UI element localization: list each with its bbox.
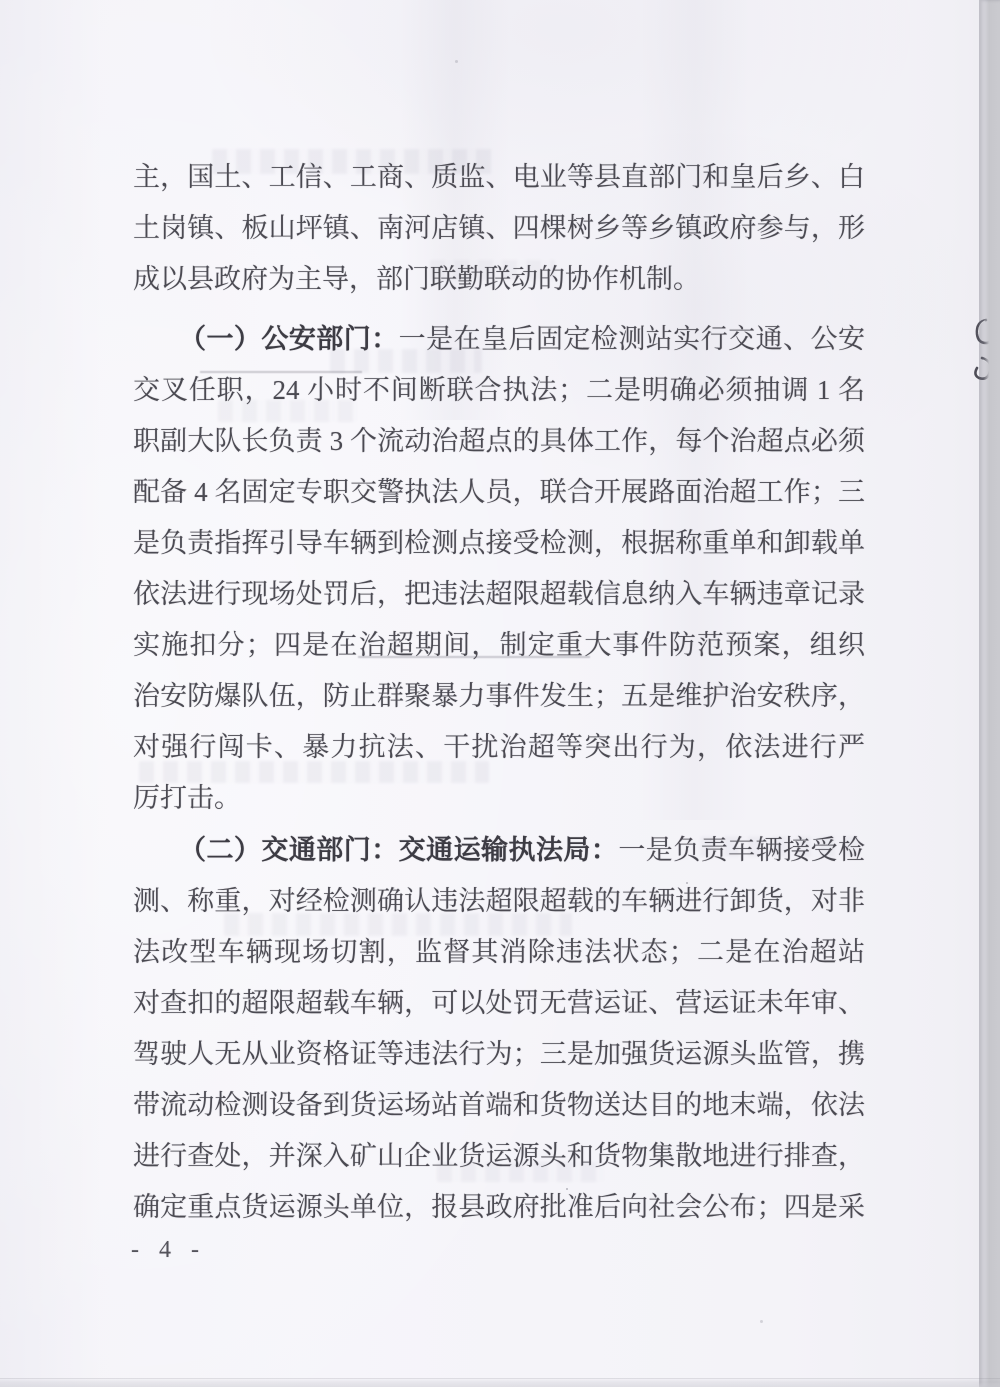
body-text: 对查扣的超限超载车辆，可以处罚无营运证、营运证未年审、 xyxy=(133,988,865,1018)
scanned-page: 主，国土、工信、工商、质监、电业等县直部门和皇后乡、白土岗镇、板山坪镇、南河店镇… xyxy=(0,0,1000,1387)
body-text: 成以县政府为主导，部门联勤联动的协作机制。 xyxy=(133,264,700,294)
body-text: 土岗镇、板山坪镇、南河店镇、四棵树乡等乡镇政府参与，形 xyxy=(133,213,865,243)
text-line: 驾驶人无从业资格证等违法行为；三是加强货运源头监管，携 xyxy=(133,1029,865,1080)
body-text: 配备 4 名固定专职交警执法人员，联合开展路面治超工作；三 xyxy=(133,477,865,507)
text-line: 测、称重，对经检测确认违法超限超载的车辆进行卸货，对非 xyxy=(133,876,865,927)
body-text: 治安防爆队伍，防止群聚暴力事件发生；五是维护治安秩序， xyxy=(133,681,865,711)
text-line: 是负责指挥引导车辆到检测点接受检测，根据称重单和卸载单 xyxy=(133,518,865,569)
section-heading: （一）公安部门： xyxy=(179,324,399,354)
text-line: 带流动检测设备到货运场站首端和货物送达目的地末端，依法 xyxy=(133,1080,865,1131)
body-text: 一是在皇后固定检测站实行交通、公安 xyxy=(399,324,865,354)
text-line: 进行查处，并深入矿山企业货运源头和货物集散地进行排查， xyxy=(133,1131,865,1182)
body-text: 职副大队长负责 3 个流动治超点的具体工作，每个治超点必须 xyxy=(133,426,865,456)
text-line: 对强行闯卡、暴力抗法、干扰治超等突出行为，依法进行严 xyxy=(133,722,865,773)
section-heading: （二）交通部门：交通运输执法局： xyxy=(179,835,618,865)
text-line: 配备 4 名固定专职交警执法人员，联合开展路面治超工作；三 xyxy=(133,467,865,518)
page-bottom-shadow xyxy=(0,1378,1000,1387)
text-line: （二）交通部门：交通运输执法局：一是负责车辆接受检 xyxy=(133,825,865,876)
text-line: 对查扣的超限超载车辆，可以处罚无营运证、营运证未年审、 xyxy=(133,978,865,1029)
text-line: 职副大队长负责 3 个流动治超点的具体工作，每个治超点必须 xyxy=(133,416,865,467)
body-text: 对强行闯卡、暴力抗法、干扰治超等突出行为，依法进行严 xyxy=(133,732,865,762)
body-text: 一是负责车辆接受检 xyxy=(618,835,865,865)
body-text: 进行查处，并深入矿山企业货运源头和货物集散地进行排查， xyxy=(133,1141,865,1171)
body-text: 法改型车辆现场切割，监督其消除违法状态；二是在治超站点， xyxy=(133,937,865,978)
paragraph: （一）公安部门：一是在皇后固定检测站实行交通、公安交叉任职，24 小时不间断联合… xyxy=(133,314,865,824)
text-line: （一）公安部门：一是在皇后固定检测站实行交通、公安 xyxy=(133,314,865,365)
document-body: 主，国土、工信、工商、质监、电业等县直部门和皇后乡、白土岗镇、板山坪镇、南河店镇… xyxy=(133,0,865,1387)
body-text: 确定重点货运源头单位，报县政府批准后向社会公布；四是采 xyxy=(133,1192,865,1222)
text-line: 依法进行现场处罚后，把违法超限超载信息纳入车辆违章记录 xyxy=(133,569,865,620)
page-edge-shadow xyxy=(979,0,1000,1387)
paragraph: （二）交通部门：交通运输执法局：一是负责车辆接受检测、称重，对经检测确认违法超限… xyxy=(133,825,865,1233)
body-text: 驾驶人无从业资格证等违法行为；三是加强货运源头监管，携 xyxy=(133,1039,865,1069)
body-text: 厉打击。 xyxy=(133,783,241,813)
body-text: 主，国土、工信、工商、质监、电业等县直部门和皇后乡、白 xyxy=(133,162,865,192)
text-line: 土岗镇、板山坪镇、南河店镇、四棵树乡等乡镇政府参与，形 xyxy=(133,203,865,254)
text-line: 交叉任职，24 小时不间断联合执法；二是明确必须抽调 1 名专 xyxy=(133,365,865,416)
body-text: 交叉任职，24 小时不间断联合执法；二是明确必须抽调 1 名专 xyxy=(133,375,865,416)
text-line: 厉打击。 xyxy=(133,773,865,824)
text-line: 治安防爆队伍，防止群聚暴力事件发生；五是维护治安秩序， xyxy=(133,671,865,722)
body-text: 带流动检测设备到货运场站首端和货物送达目的地末端，依法 xyxy=(133,1090,865,1120)
page-number: - 4 - xyxy=(131,1237,206,1264)
text-line: 确定重点货运源头单位，报县政府批准后向社会公布；四是采 xyxy=(133,1182,865,1233)
text-line: 法改型车辆现场切割，监督其消除违法状态；二是在治超站点， xyxy=(133,927,865,978)
body-text: 实施扣分；四是在治超期间，制定重大事件防范预案，组织 xyxy=(133,630,865,660)
body-text: 是负责指挥引导车辆到检测点接受检测，根据称重单和卸载单 xyxy=(133,528,865,558)
body-text: 依法进行现场处罚后，把违法超限超载信息纳入车辆违章记录 xyxy=(133,579,865,609)
text-line: 成以县政府为主导，部门联勤联动的协作机制。 xyxy=(133,254,865,305)
text-line: 实施扣分；四是在治超期间，制定重大事件防范预案，组织 xyxy=(133,620,865,671)
body-text: 测、称重，对经检测确认违法超限超载的车辆进行卸货，对非 xyxy=(133,886,865,916)
paragraph: 主，国土、工信、工商、质监、电业等县直部门和皇后乡、白土岗镇、板山坪镇、南河店镇… xyxy=(133,152,865,305)
text-line: 主，国土、工信、工商、质监、电业等县直部门和皇后乡、白 xyxy=(133,152,865,203)
